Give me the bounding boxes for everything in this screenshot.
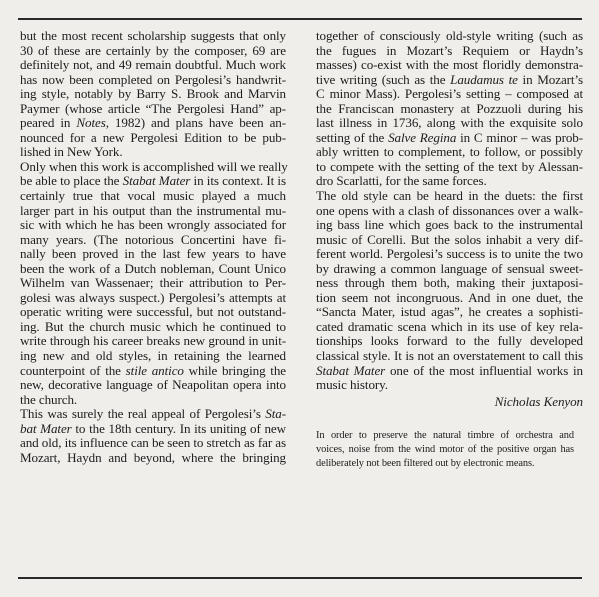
text-line: Stabat Mater one of the most influential… [316, 364, 583, 379]
text-run: , 1982) and plans have been an- [106, 115, 286, 130]
text-line: has now been completed on Pergolesi’s ha… [20, 73, 286, 88]
top-rule [18, 18, 582, 20]
text-line: many years. (The notorious Concertini ha… [20, 233, 286, 248]
text-line: nounced for a new Pergolesi Edition to b… [20, 131, 286, 146]
italic-title: Stabat Mater [316, 363, 385, 378]
text-line: dro Scarlatti, for the same forces. [316, 174, 583, 189]
text-line: Mozart, Haydn and beyond, where the brin… [20, 451, 286, 466]
text-line: by drawing a common language of sensual … [316, 262, 583, 277]
text-line: tionships looks forward to the fully dev… [316, 334, 583, 349]
bottom-rule [18, 577, 582, 579]
text-run: while bringing the [184, 363, 286, 378]
text-line: “Sancta Mater, istud agas”, he creates a… [316, 305, 583, 320]
text-line: The old style can be heard in the duets:… [316, 189, 583, 204]
text-line: but the most recent scholarship suggests… [20, 29, 286, 44]
text-run: This was surely the real appeal of Pergo… [20, 406, 265, 421]
text-line: Only when this work is accomplished will… [20, 160, 286, 175]
text-line: peared in Notes, 1982) and plans have be… [20, 116, 286, 131]
text-run: in Mozart’s [518, 72, 583, 87]
text-line: ing style, notably by Barry S. Brook and… [20, 87, 286, 102]
text-run: counterpoint of the [20, 363, 126, 378]
italic-title: Sta- [265, 406, 286, 421]
text-line: cated dramatic scena which in its use of… [316, 320, 583, 335]
italic-title: Laudamus te [450, 72, 518, 87]
text-line: write through his career breaks new grou… [20, 334, 286, 349]
text-line: Paymer (whose article “The Pergolesi Han… [20, 102, 286, 117]
text-run: be able to place the [20, 173, 123, 188]
text-line: new, decorative language of Neapolitan o… [20, 378, 286, 393]
text-line: C minor Mass). Pergolesi’s setting – com… [316, 87, 583, 102]
left-column: but the most recent scholarship suggests… [20, 29, 286, 465]
text-line: ness through them both, making their jux… [316, 276, 583, 291]
text-run: one of the most influential works in [385, 363, 583, 378]
text-line: masses) co-exist with the most floridly … [316, 58, 583, 73]
text-run: in its context. It is [190, 173, 286, 188]
text-line: nally been proved in the last few years … [20, 247, 286, 262]
text-line: definitely not, and 49 remain doubtful. … [20, 58, 286, 73]
text-line: bat Mater to the 18th century. In its un… [20, 422, 286, 437]
text-line: setting of the Salve Regina in C minor –… [316, 131, 583, 146]
text-line: operatic writing were successful, but no… [20, 305, 286, 320]
text-line: deliberately not been filtered out by el… [316, 457, 574, 471]
text-line: lished in New York. [20, 145, 286, 160]
italic-title: Stabat Mater [123, 173, 191, 188]
text-line: sic with which he has been wrongly assoc… [20, 218, 286, 233]
author-signature: Nicholas Kenyon [316, 395, 583, 410]
text-run: setting of the [316, 130, 388, 145]
text-line: This was surely the real appeal of Pergo… [20, 407, 286, 422]
text-line: voices, noise from the wind motor of the… [316, 443, 574, 457]
text-run: peared in [20, 115, 76, 130]
text-run: tive writing (such as the [316, 72, 450, 87]
text-line: music of Corelli. But the solos inhabit … [316, 233, 583, 248]
text-line: the Franciscan monastery at Pozzuoli dur… [316, 102, 583, 117]
text-line: last illness in 1736, along with the exq… [316, 116, 583, 131]
text-line: to compete with the setting of the text … [316, 160, 583, 175]
text-line: ferent world. Pergolesi’s success is to … [316, 247, 583, 262]
text-line: one opens with a clash of dissonances ov… [316, 204, 583, 219]
italic-title: stile antico [126, 363, 184, 378]
recording-note: In order to preserve the natural timbre … [316, 429, 574, 471]
italic-title: Salve Regina [388, 130, 456, 145]
italic-title: bat Mater [20, 421, 72, 436]
text-line: and old, its influence can be seen to st… [20, 436, 286, 451]
text-line: the church. [20, 393, 286, 408]
text-line: be able to place the Stabat Mater in its… [20, 174, 286, 189]
italic-title: Notes [76, 115, 105, 130]
text-run: to the 18th century. In its uniting of n… [72, 421, 286, 436]
text-line: classical style. It is not an overstatem… [316, 349, 583, 364]
text-line: tive writing (such as the Laudamus te in… [316, 73, 583, 88]
text-line: tion seem not incongruous. And in one du… [316, 291, 583, 306]
text-line: ing bass line which goes back to the ins… [316, 218, 583, 233]
text-line: In order to preserve the natural timbre … [316, 429, 574, 443]
text-line: been the work of a Dutch nobleman, Count… [20, 262, 286, 277]
text-run: in C minor – was prob- [456, 130, 583, 145]
right-column-body: together of consciously old-style writin… [316, 29, 583, 393]
text-line: ably written to complement, to follow, o… [316, 145, 583, 160]
text-line: golesi was always suspect.) Pergolesi’s … [20, 291, 286, 306]
text-line: Wilhelm van Wassenaer; their attribution… [20, 276, 286, 291]
text-line: certainly true that vocal music played a… [20, 189, 286, 204]
text-line: larger part in his output than the instr… [20, 204, 286, 219]
text-line: counterpoint of the stile antico while b… [20, 364, 286, 379]
text-line: ing. But the church music which he conti… [20, 320, 286, 335]
text-line: the fugues in Mozart’s Requiem or Haydn’… [316, 44, 583, 59]
text-line: together of consciously old-style writin… [316, 29, 583, 44]
text-line: ing new and old styles, in retaining the… [20, 349, 286, 364]
text-line: 30 of these are certainly by the compose… [20, 44, 286, 59]
text-line: music history. [316, 378, 583, 393]
right-column: together of consciously old-style writin… [316, 29, 583, 471]
